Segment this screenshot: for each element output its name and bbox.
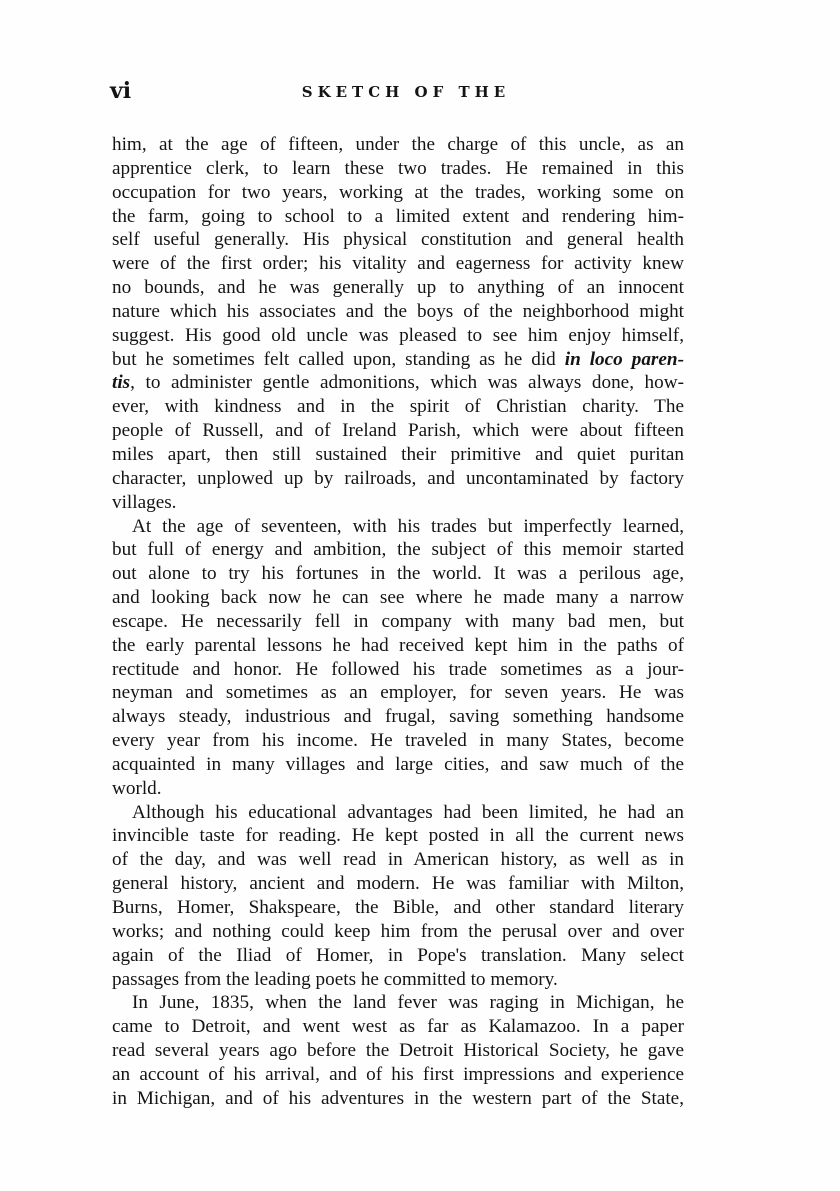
text-line: apprentice clerk, to learn these two tra… <box>112 157 684 181</box>
text-line: always steady, industrious and frugal, s… <box>112 705 684 729</box>
text-line: and looking back now he can see where he… <box>112 586 684 610</box>
text-line: works; and nothing could keep him from t… <box>112 920 684 944</box>
text-line: out alone to try his fortunes in the wor… <box>112 562 684 586</box>
text-line: acquainted in many villages and large ci… <box>112 753 684 777</box>
text-line: no bounds, and he was generally up to an… <box>112 276 684 300</box>
text-line: came to Detroit, and went west as far as… <box>112 1015 684 1039</box>
text-line: in Michigan, and of his adventures in th… <box>112 1087 684 1111</box>
text-line: but full of energy and ambition, the sub… <box>112 538 684 562</box>
text-line: him, at the age of fifteen, under the ch… <box>112 133 684 157</box>
running-title: SKETCH OF THE <box>110 83 684 101</box>
text-line: Although his educational advantages had … <box>112 801 684 825</box>
italic-phrase: tis <box>112 372 130 393</box>
text-line: In June, 1835, when the land fever was r… <box>112 991 684 1015</box>
text-line: the early parental lessons he had receiv… <box>112 634 684 658</box>
text-line: Burns, Homer, Shakspeare, the Bible, and… <box>112 896 684 920</box>
book-page: vi SKETCH OF THE him, at the age of fift… <box>0 0 840 1191</box>
text-line: neyman and sometimes as an employer, for… <box>112 681 684 705</box>
text-line: general history, ancient and modern. He … <box>112 872 684 896</box>
text-run: , to administer gentle admonitions, whic… <box>130 372 684 393</box>
paragraph: At the age of seventeen, with his trades… <box>112 515 684 801</box>
text-line: invincible taste for reading. He kept po… <box>112 824 684 848</box>
text-line: world. <box>112 777 684 801</box>
text-line: villages. <box>112 491 684 515</box>
text-line: escape. He necessarily fell in company w… <box>112 610 684 634</box>
paragraph: Although his educational advantages had … <box>112 801 684 992</box>
text-line: suggest. His good old uncle was pleased … <box>112 324 684 348</box>
text-line: were of the first order; his vitality an… <box>112 252 684 276</box>
running-head: vi SKETCH OF THE <box>110 78 684 108</box>
text-line: an account of his arrival, and of his fi… <box>112 1063 684 1087</box>
text-line: people of Russell, and of Ireland Parish… <box>112 419 684 443</box>
text-line: of the day, and was well read in America… <box>112 848 684 872</box>
text-line: rectitude and honor. He followed his tra… <box>112 658 684 682</box>
text-line: the farm, going to school to a limited e… <box>112 205 684 229</box>
text-run: but he sometimes felt called upon, stand… <box>112 349 565 370</box>
text-line: self useful generally. His physical cons… <box>112 228 684 252</box>
text-line: passages from the leading poets he commi… <box>112 968 684 992</box>
text-line: character, unplowed up by railroads, and… <box>112 467 684 491</box>
text-line: ever, with kindness and in the spirit of… <box>112 395 684 419</box>
text-line: miles apart, then still sustained their … <box>112 443 684 467</box>
text-line: nature which his associates and the boys… <box>112 300 684 324</box>
text-line: At the age of seventeen, with his trades… <box>112 515 684 539</box>
text-line: but he sometimes felt called upon, stand… <box>112 348 684 372</box>
italic-phrase: in loco paren- <box>565 349 684 370</box>
text-line: again of the Iliad of Homer, in Pope's t… <box>112 944 684 968</box>
paragraph: In June, 1835, when the land fever was r… <box>112 991 684 1110</box>
text-line: tis, to administer gentle admonitions, w… <box>112 371 684 395</box>
body-text: him, at the age of fifteen, under the ch… <box>112 133 684 1111</box>
text-line: read several years ago before the Detroi… <box>112 1039 684 1063</box>
text-line: every year from his income. He traveled … <box>112 729 684 753</box>
paragraph: him, at the age of fifteen, under the ch… <box>112 133 684 515</box>
text-line: occupation for two years, working at the… <box>112 181 684 205</box>
